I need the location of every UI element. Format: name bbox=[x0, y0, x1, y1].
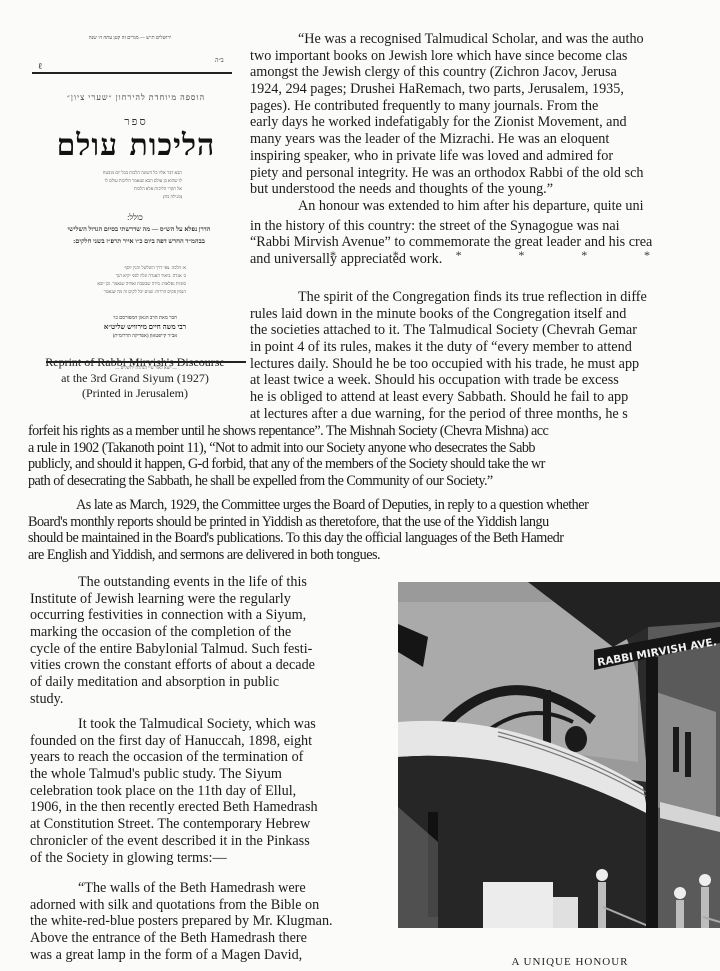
star-glyph: * bbox=[518, 248, 524, 263]
reprint-parts-block: א׳ הלכה. צפי דרך השלשל והנין יוסף ב׳ אגד… bbox=[40, 264, 186, 296]
star-glyph: * bbox=[644, 248, 650, 263]
text-line: Board's monthly reports should be printe… bbox=[28, 514, 720, 531]
text-line: publicly, and should it happen, G-d forb… bbox=[28, 456, 720, 473]
text-line: at least twice a week. Should his occupa… bbox=[250, 372, 720, 389]
star-glyph: * bbox=[330, 248, 336, 263]
text-line: many years was the leader of the Mizrach… bbox=[250, 131, 720, 148]
text-line: he is obliged to attend at least every S… bbox=[250, 389, 720, 406]
text-line: “The walls of the Beth Hamedrash were bbox=[30, 880, 370, 897]
paragraph-yiddish: As late as March, 1929, the Committee ur… bbox=[28, 497, 720, 564]
text-line: cycle of the entire Babylonial Talmud. S… bbox=[30, 641, 370, 658]
star-glyph: * bbox=[456, 248, 462, 263]
synagogue-photo-illustration: RABBI MIRVISH AVE. bbox=[398, 582, 720, 928]
text-line: founded on the first day of Hanuccah, 18… bbox=[30, 733, 370, 750]
text-line: inspiring speaker, who in private life w… bbox=[250, 148, 720, 165]
text-line: at Constitution Street. The contemporary… bbox=[30, 816, 370, 833]
text-line: adorned with silk and quotations from th… bbox=[30, 897, 370, 914]
text-line: of the Society in glowing terms:— bbox=[30, 850, 370, 867]
text-line: at lectures after a due warning, for the… bbox=[250, 406, 720, 423]
reprint-author-place: אב״ד קייפטאון (אפריקה הדרומית) bbox=[70, 332, 220, 341]
reprint-top-rule bbox=[32, 72, 232, 74]
text-line: a rule in 1902 (Takanoth point 11), “Not… bbox=[28, 440, 720, 457]
text-line: two important books on Jewish lore which… bbox=[250, 48, 720, 65]
reprint-quote-block: הבא דבר אליו כל השונה הלכות בכל יום מובט… bbox=[48, 169, 182, 201]
text-line: lectures daily. Should he be too occupie… bbox=[250, 356, 720, 373]
reprint-page-mark: ℓ bbox=[38, 61, 42, 71]
star-glyph: * bbox=[393, 248, 399, 263]
caption-line: (Printed in Jerusalem) bbox=[24, 386, 246, 402]
section-separator: * * * * * * bbox=[330, 248, 650, 263]
reprint-quote-source: (מגילה כח) bbox=[48, 193, 182, 201]
text-line: As late as March, 1929, the Committee ur… bbox=[28, 497, 720, 514]
text-line: Institute of Jewish learning were the re… bbox=[30, 591, 370, 608]
text-line: An honour was extended to him after his … bbox=[250, 198, 720, 215]
reprint-header-line: ירושלים ת״ש — מגרים זה קטן עתה ה׳ שנה bbox=[32, 36, 228, 41]
text-line: early days he worked indefatigably for t… bbox=[250, 114, 720, 131]
reprint-sefer: ספר bbox=[20, 116, 252, 128]
text-line: occurring festivities in connection with… bbox=[30, 607, 370, 624]
text-line: marking the occasion of the completion o… bbox=[30, 624, 370, 641]
reprint-caption: Reprint of Rabbi Mirvish's Discourse at … bbox=[24, 355, 246, 402]
text-line: was a great lamp in the form of a Magen … bbox=[30, 947, 370, 964]
caption-line: at the 3rd Grand Siyum (1927) bbox=[24, 371, 246, 387]
reprint-parts-line: א׳ הלכה. צפי דרך השלשל והנין יוסף bbox=[40, 264, 186, 272]
text-line: of daily meditation and absorption in pu… bbox=[30, 674, 370, 691]
reprint-author-intro: חבר מאת הרב הגאון המפורסם כו׳ bbox=[70, 314, 220, 323]
text-line: The spirit of the Congregation finds its… bbox=[250, 289, 720, 306]
reprint-parts-line: ב׳ אגדה. ביאור האגדה וגלה לפני יקיא הנך bbox=[40, 272, 186, 280]
text-line: celebration took place on the 11th day o… bbox=[30, 783, 370, 800]
reprint-quote-line: לו שהוא בן עולם הבא שנאמר הליכות עולם לו bbox=[48, 177, 182, 185]
text-line: forfeit his rights as a member until he … bbox=[28, 423, 720, 440]
text-line: pages). He contributed frequently to man… bbox=[250, 98, 720, 115]
hebrew-reprint-figure: ירושלים ת״ש — מגרים זה קטן עתה ה׳ שנה ℓ … bbox=[20, 28, 230, 348]
reprint-subtitle: הוספה מיוחדת להירחון ״שערי ציון״ bbox=[20, 93, 252, 102]
text-line: years to reach the occasion of the termi… bbox=[30, 749, 370, 766]
text-line: in point 4 of its rules, makes it the du… bbox=[250, 339, 720, 356]
text-line: the whole Talmud's public study. The Siy… bbox=[30, 766, 370, 783]
text-line: 1924, 294 pages; Drushei HaRemach, two p… bbox=[250, 81, 720, 98]
text-line: 1906, in the then recently erected Beth … bbox=[30, 799, 370, 816]
reprint-bh-mark: ב״ה bbox=[215, 58, 224, 64]
paragraph-mishnah-society: forfeit his rights as a member until he … bbox=[28, 423, 720, 490]
text-line: rules laid down in the minute books of t… bbox=[250, 306, 720, 323]
star-glyph: * bbox=[581, 248, 587, 263]
reprint-author-name: רבי משה חיים מירוויש שליט״א bbox=[70, 323, 220, 332]
caption-line: Reprint of Rabbi Mirvish's Discourse bbox=[24, 355, 246, 371]
text-line: piety and personal integrity. He was an … bbox=[250, 165, 720, 182]
text-line: “He was a recognised Talmudical Scholar,… bbox=[250, 31, 720, 48]
reprint-contents-block: הדרן נפלא על הש״ס — מה שדרשתי בסיום הגדו… bbox=[34, 224, 244, 248]
synagogue-photo: RABBI MIRVISH AVE. bbox=[398, 582, 720, 928]
reprint-contents-line: בבהמ״ד החרש דפה ביום כ״ו אייר תרפ״ז בשני… bbox=[34, 236, 244, 248]
reprint-kolel: כולל: bbox=[60, 212, 210, 224]
text-line: Above the entrance of the Beth Hamedrash… bbox=[30, 930, 370, 947]
paragraph-spirit: The spirit of the Congregation finds its… bbox=[250, 289, 720, 423]
text-line: amongst the Jewish clergy of this countr… bbox=[250, 64, 720, 81]
reprint-parts-line: סוגיות נפלאות. בידה שבשבת ואחיה שנאמר. ו… bbox=[40, 280, 186, 288]
paragraph-outstanding-events: The outstanding events in the life of th… bbox=[30, 574, 370, 708]
text-line: vities crown the constant efforts of abo… bbox=[30, 657, 370, 674]
text-line: should be maintained in the Board's publ… bbox=[28, 530, 720, 547]
text-line: It took the Talmudical Society, which wa… bbox=[30, 716, 370, 733]
text-line: but understood the needs and thoughts of… bbox=[250, 181, 720, 198]
reprint-contents-line: הדרן נפלא על הש״ס — מה שדרשתי בסיום הגדו… bbox=[34, 224, 244, 236]
text-line: are English and Yiddish, and sermons are… bbox=[28, 547, 720, 564]
text-line: path of desecrating the Sabbath, he shal… bbox=[28, 473, 720, 490]
reprint-quote-line: אל תקרי הליכות אלא הלכות bbox=[48, 185, 182, 193]
reprint-title: הליכות עולם bbox=[20, 128, 252, 163]
reprint-author-block: חבר מאת הרב הגאון המפורסם כו׳ רבי משה חי… bbox=[70, 314, 220, 341]
paragraph-walls-quote: “The walls of the Beth Hamedrash were ad… bbox=[30, 880, 370, 963]
text-line: the white-red-blue posters prepared by M… bbox=[30, 913, 370, 930]
paragraph-scholar-quote: “He was a recognised Talmudical Scholar,… bbox=[250, 31, 720, 198]
reprint-quote-line: הבא דבר אליו כל השונה הלכות בכל יום מובט… bbox=[48, 169, 182, 177]
text-line: in the history of this country: the stre… bbox=[250, 218, 720, 235]
text-line: the societies attached to it. The Talmud… bbox=[250, 322, 720, 339]
paragraph-talmudical-society: It took the Talmudical Society, which wa… bbox=[30, 716, 370, 866]
photo-caption: A UNIQUE HONOUR bbox=[470, 956, 670, 968]
text-line: The outstanding events in the life of th… bbox=[30, 574, 370, 591]
text-line: chronicler of the event described it in … bbox=[30, 833, 370, 850]
text-line: study. bbox=[30, 691, 370, 708]
reprint-parts-line: הנסין פקיס הרדות. שנים יכל לקים זה מה שנ… bbox=[40, 288, 186, 296]
